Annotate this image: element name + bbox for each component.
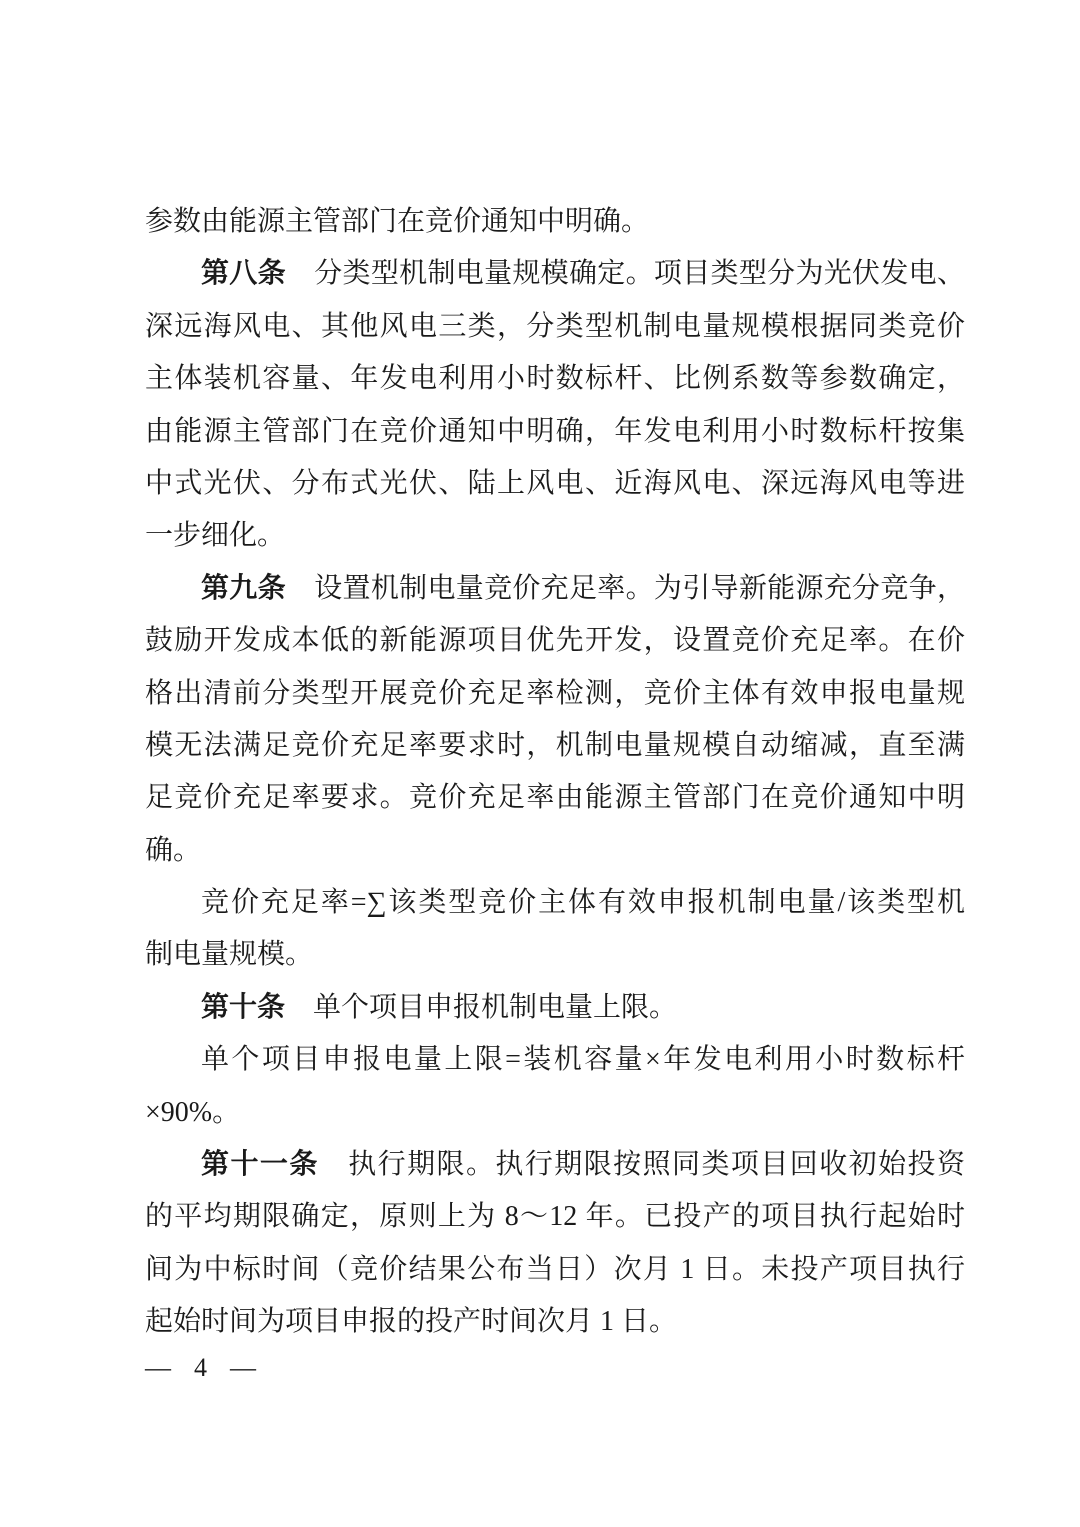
line-text: 主体装机容量、年发电利用小时数标杆、比例系数等参数确定，: [145, 363, 965, 394]
text-line: 主体装机容量、年发电利用小时数标杆、比例系数等参数确定，: [145, 353, 965, 405]
footer-right-dash: —: [230, 1353, 256, 1383]
page-footer: — 4 —: [145, 1352, 1080, 1384]
text-line: ×90%。: [145, 1087, 965, 1139]
text-line: 单个项目申报电量上限=装机容量×年发电利用小时数标杆: [145, 1034, 965, 1086]
line-text: 模无法满足竞价充足率要求时，机制电量规模自动缩减，直至满: [145, 730, 965, 761]
line-text: 执行期限。执行期限按照同类项目回收初始投资: [319, 1149, 965, 1180]
text-line: 第十条 单个项目申报机制电量上限。: [145, 982, 965, 1034]
text-line: 起始时间为项目申报的投产时间次月 1 日。: [145, 1296, 965, 1348]
line-text: 的平均期限确定，原则上为 8～12 年。已投产的项目执行起始时: [145, 1201, 965, 1232]
line-text: 确。: [145, 835, 201, 866]
text-line: 制电量规模。: [145, 929, 965, 981]
text-line: 第八条 分类型机制电量规模确定。项目类型分为光伏发电、: [145, 248, 965, 300]
document-page: 参数由能源主管部门在竞价通知中明确。第八条 分类型机制电量规模确定。项目类型分为…: [0, 0, 1080, 1527]
text-line: 鼓励开发成本低的新能源项目优先开发，设置竞价充足率。在价: [145, 615, 965, 667]
text-line: 间为中标时间（竞价结果公布当日）次月 1 日。未投产项目执行: [145, 1244, 965, 1296]
line-text: 一步细化。: [145, 520, 285, 551]
article-number: 第十条: [201, 992, 285, 1023]
article-number: 第八条: [201, 258, 286, 289]
line-text: 参数由能源主管部门在竞价通知中明确。: [145, 206, 649, 237]
line-text: 制电量规模。: [145, 939, 313, 970]
text-line: 足竞价充足率要求。竞价充足率由能源主管部门在竞价通知中明: [145, 772, 965, 824]
line-text: 竞价充足率=∑该类型竞价主体有效申报机制电量/该类型机: [201, 887, 965, 918]
line-text: 单个项目申报电量上限=装机容量×年发电利用小时数标杆: [201, 1044, 965, 1075]
line-text: 格出清前分类型开展竞价充足率检测，竞价主体有效申报电量规: [145, 678, 965, 709]
text-line: 的平均期限确定，原则上为 8～12 年。已投产的项目执行起始时: [145, 1191, 965, 1243]
text-line: 参数由能源主管部门在竞价通知中明确。: [145, 196, 965, 248]
line-text: 间为中标时间（竞价结果公布当日）次月 1 日。未投产项目执行: [145, 1254, 965, 1285]
text-line: 由能源主管部门在竞价通知中明确，年发电利用小时数标杆按集: [145, 406, 965, 458]
line-text: ×90%。: [145, 1097, 240, 1128]
footer-left-dash: —: [145, 1353, 171, 1383]
line-text: 设置机制电量竞价充足率。为引导新能源充分竞争，: [286, 573, 965, 604]
text-line: 确。: [145, 825, 965, 877]
line-text: 分类型机制电量规模确定。项目类型分为光伏发电、: [286, 258, 965, 289]
line-text: 鼓励开发成本低的新能源项目优先开发，设置竞价充足率。在价: [145, 625, 965, 656]
text-line: 格出清前分类型开展竞价充足率检测，竞价主体有效申报电量规: [145, 668, 965, 720]
text-line: 一步细化。: [145, 510, 965, 562]
text-line: 中式光伏、分布式光伏、陆上风电、近海风电、深远海风电等进: [145, 458, 965, 510]
article-number: 第九条: [201, 573, 286, 604]
page-number: 4: [194, 1353, 207, 1383]
text-line: 第十一条 执行期限。执行期限按照同类项目回收初始投资: [145, 1139, 965, 1191]
article-number: 第十一条: [201, 1149, 319, 1180]
text-line: 模无法满足竞价充足率要求时，机制电量规模自动缩减，直至满: [145, 720, 965, 772]
line-text: 由能源主管部门在竞价通知中明确，年发电利用小时数标杆按集: [145, 416, 965, 447]
line-text: 起始时间为项目申报的投产时间次月 1 日。: [145, 1306, 677, 1337]
text-line: 第九条 设置机制电量竞价充足率。为引导新能源充分竞争，: [145, 563, 965, 615]
text-line: 深远海风电、其他风电三类，分类型机制电量规模根据同类竞价: [145, 301, 965, 353]
line-text: 中式光伏、分布式光伏、陆上风电、近海风电、深远海风电等进: [145, 468, 965, 499]
document-body: 参数由能源主管部门在竞价通知中明确。第八条 分类型机制电量规模确定。项目类型分为…: [145, 196, 965, 1349]
text-line: 竞价充足率=∑该类型竞价主体有效申报机制电量/该类型机: [145, 877, 965, 929]
line-text: 深远海风电、其他风电三类，分类型机制电量规模根据同类竞价: [145, 311, 965, 342]
line-text: 足竞价充足率要求。竞价充足率由能源主管部门在竞价通知中明: [145, 782, 965, 813]
line-text: 单个项目申报机制电量上限。: [285, 992, 677, 1023]
